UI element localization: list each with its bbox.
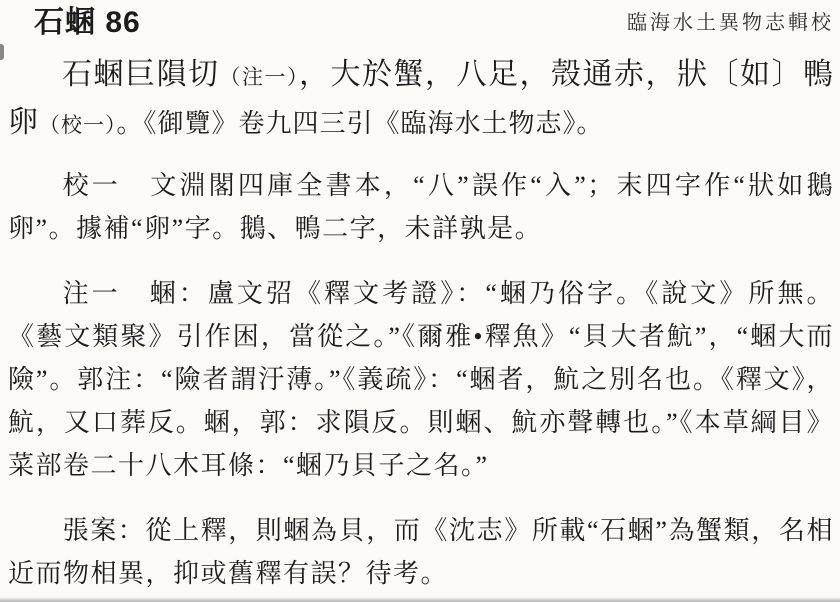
page-body: 石蜠巨隕切（注一），大於蟹，八足，殼通赤，狀〔如〕鴨卵（校一）。《御覽》卷九四三… bbox=[0, 52, 840, 595]
passage-quote-head: 石蜠巨隕切 bbox=[62, 58, 220, 91]
collation-note: 校一 文淵閣四庫全書本，“八”誤作“入”；末四字作“狀如鵝卵”。據補“卵”字。鵝… bbox=[8, 164, 834, 250]
inline-collation-ref: （校一） bbox=[39, 113, 117, 137]
scanned-book-page: 石蜠 86 臨海水土異物志輯校 石蜠巨隕切（注一），大於蟹，八足，殼通赤，狀〔如… bbox=[0, 0, 840, 602]
entry-title: 石蜠 86 bbox=[34, 6, 141, 40]
zhang-commentary-note: 張案：從上釋，則蜠為貝，而《沈志》所載“石蜠”為蟹類，名相近而物相異，抑或舊釋有… bbox=[8, 509, 834, 595]
running-header-book-title: 臨海水土異物志輯校 bbox=[627, 6, 834, 36]
page-header: 石蜠 86 臨海水土異物志輯校 bbox=[0, 0, 840, 40]
main-passage: 石蜠巨隕切（注一），大於蟹，八足，殼通赤，狀〔如〕鴨卵（校一）。《御覽》卷九四三… bbox=[8, 52, 834, 148]
inline-annotation-ref: （注一） bbox=[220, 65, 300, 89]
source-citation: 。《御覽》卷九四三引《臨海水土物志》。 bbox=[117, 109, 604, 138]
annotation-note: 注一 蜠：盧文弨《釋文考證》：“蜠乃俗字。《說文》所無。《藝文類聚》引作困，當從… bbox=[8, 272, 834, 487]
